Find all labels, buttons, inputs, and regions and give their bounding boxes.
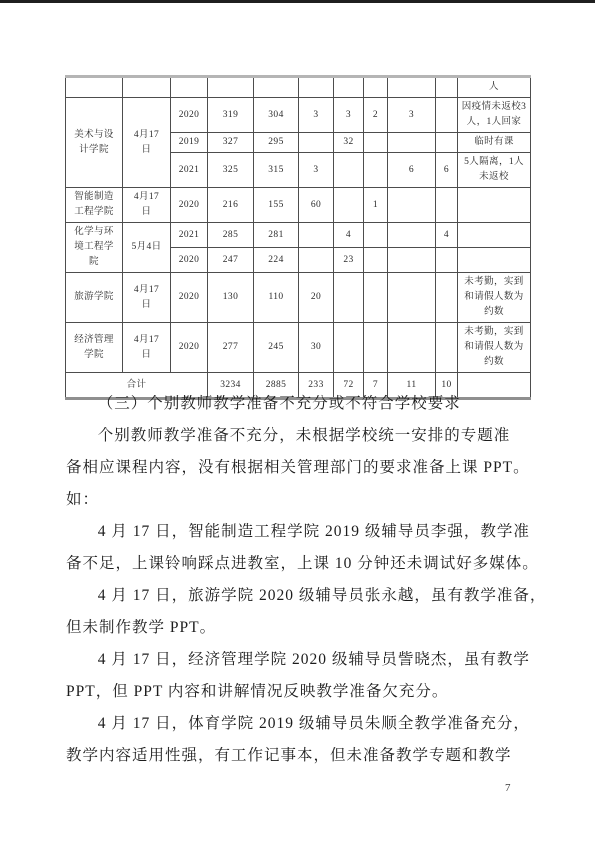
table-cell: 3 xyxy=(299,153,334,188)
table-cell: 未考勤，实到 和请假人数为 约数 xyxy=(458,273,531,323)
table-cell: 2020 xyxy=(171,188,208,223)
table-cell: 2020 xyxy=(171,248,208,273)
table-cell xyxy=(436,273,458,323)
table-cell: 224 xyxy=(254,248,299,273)
text-line: 4 月 17 日，旅游学院 2020 级辅导员张永越，虽有教学准备， xyxy=(66,580,515,612)
text-line: PPT，但 PPT 内容和讲解情况反映教学准备欠充分。 xyxy=(66,676,515,708)
text-line: 教学内容适用性强，有工作记事本，但未准备教学专题和教学 xyxy=(66,740,515,772)
table-cell: 245 xyxy=(254,323,299,373)
table-cell: 临时有课 xyxy=(458,133,531,153)
table-cell: 23 xyxy=(334,248,364,273)
table-cell: 2019 xyxy=(171,133,208,153)
table-cell xyxy=(388,188,436,223)
table-cell: 110 xyxy=(254,273,299,323)
text-line: 备相应课程内容，没有根据相关管理部门的要求准备上课 PPT。 xyxy=(66,452,515,484)
table-cell: 32 xyxy=(334,133,364,153)
table-cell: 4 xyxy=(436,223,458,248)
table-cell: 325 xyxy=(208,153,254,188)
table-cell xyxy=(436,133,458,153)
table-cell: 130 xyxy=(208,273,254,323)
text-line: 个别教师教学准备不充分，未根据学校统一安排的专题准 xyxy=(66,420,515,452)
table-cell xyxy=(364,153,388,188)
table-cell: 60 xyxy=(299,188,334,223)
table-cell: 4月17 日 xyxy=(123,273,171,323)
paragraph: 4 月 17 日，旅游学院 2020 级辅导员张永越，虽有教学准备，但未制作教学… xyxy=(66,580,515,644)
table-cell: 2020 xyxy=(171,273,208,323)
table-cell: 304 xyxy=(254,98,299,133)
table-row: 人 xyxy=(66,77,531,98)
table-cell xyxy=(436,323,458,373)
text-line: 4 月 17 日，体育学院 2019 级辅导员朱顺全教学准备充分， xyxy=(66,708,515,740)
table-cell: 2021 xyxy=(171,223,208,248)
table-cell xyxy=(334,153,364,188)
table-cell: 5月4日 xyxy=(123,223,171,273)
page-number: 7 xyxy=(505,782,511,794)
document-body: （三）个别教师教学准备不充分或不符合学校要求 个别教师教学准备不充分，未根据学校… xyxy=(66,388,515,772)
paragraph: 4 月 17 日，智能制造工程学院 2019 级辅导员李强，教学准备不足，上课铃… xyxy=(66,516,515,580)
table-cell: 2 xyxy=(364,98,388,133)
table-row: 美术与设 计学院4月17 日20203193043323因疫情未返校3 人，1人… xyxy=(66,98,531,133)
table-cell xyxy=(66,77,123,98)
paragraph: 个别教师教学准备不充分，未根据学校统一安排的专题准备相应课程内容，没有根据相关管… xyxy=(66,420,515,516)
table-cell: 216 xyxy=(208,188,254,223)
paragraph: 4 月 17 日，经济管理学院 2020 级辅导员訾晓杰，虽有教学PPT，但 P… xyxy=(66,644,515,708)
table-cell: 319 xyxy=(208,98,254,133)
table-cell xyxy=(334,323,364,373)
page-top-edge-line xyxy=(0,0,595,3)
table-cell: 2020 xyxy=(171,323,208,373)
text-line: 4 月 17 日，智能制造工程学院 2019 级辅导员李强，教学准 xyxy=(66,516,515,548)
table-cell xyxy=(364,273,388,323)
table-cell xyxy=(364,133,388,153)
table-cell: 6 xyxy=(436,153,458,188)
table-cell xyxy=(254,77,299,98)
table-cell: 5人隔离，1人 未返校 xyxy=(458,153,531,188)
table-cell: 247 xyxy=(208,248,254,273)
table-cell: 295 xyxy=(254,133,299,153)
table-cell xyxy=(388,273,436,323)
table-cell xyxy=(388,133,436,153)
table-cell: 3 xyxy=(299,98,334,133)
table-cell: 旅游学院 xyxy=(66,273,123,323)
table-cell: 因疫情未返校3 人，1人回家 xyxy=(458,98,531,133)
table-cell: 经济管理 学院 xyxy=(66,323,123,373)
table-cell xyxy=(299,223,334,248)
table-cell: 2021 xyxy=(171,153,208,188)
table-cell: 未考勤，实到 和请假人数为 约数 xyxy=(458,323,531,373)
paragraph: 4 月 17 日，体育学院 2019 级辅导员朱顺全教学准备充分，教学内容适用性… xyxy=(66,708,515,772)
table-cell xyxy=(171,77,208,98)
table-cell: 315 xyxy=(254,153,299,188)
table-cell: 1 xyxy=(364,188,388,223)
section-heading: （三）个别教师教学准备不充分或不符合学校要求 xyxy=(66,388,515,420)
table-cell: 327 xyxy=(208,133,254,153)
table-cell: 化学与环 境工程学 院 xyxy=(66,223,123,273)
table-cell xyxy=(208,77,254,98)
table-cell xyxy=(364,323,388,373)
table-row: 化学与环 境工程学 院5月4日202128528144 xyxy=(66,223,531,248)
attendance-table-body: 人美术与设 计学院4月17 日20203193043323因疫情未返校3 人，1… xyxy=(66,77,531,399)
table-cell: 人 xyxy=(458,77,531,98)
table-cell xyxy=(299,133,334,153)
table-cell: 285 xyxy=(208,223,254,248)
table-cell xyxy=(388,323,436,373)
table-cell xyxy=(364,77,388,98)
table-cell xyxy=(458,188,531,223)
table-cell xyxy=(334,77,364,98)
table-cell: 4 xyxy=(334,223,364,248)
table-cell: 20 xyxy=(299,273,334,323)
table-cell: 智能制造 工程学院 xyxy=(66,188,123,223)
table-cell xyxy=(299,248,334,273)
text-line: 但未制作教学 PPT。 xyxy=(66,612,515,644)
table-cell: 3 xyxy=(388,98,436,133)
table-cell: 30 xyxy=(299,323,334,373)
table-row: 旅游学院4月17 日202013011020未考勤，实到 和请假人数为 约数 xyxy=(66,273,531,323)
table-cell xyxy=(436,98,458,133)
table-cell: 281 xyxy=(254,223,299,248)
table-cell: 4月17 日 xyxy=(123,323,171,373)
table-cell: 3 xyxy=(334,98,364,133)
table-cell xyxy=(436,77,458,98)
text-line: 如： xyxy=(66,484,515,516)
table-row: 经济管理 学院4月17 日202027724530未考勤，实到 和请假人数为 约… xyxy=(66,323,531,373)
table-cell xyxy=(334,188,364,223)
table-cell: 美术与设 计学院 xyxy=(66,98,123,188)
table-cell: 2020 xyxy=(171,98,208,133)
table-cell xyxy=(458,223,531,248)
table-cell xyxy=(436,248,458,273)
table-cell: 277 xyxy=(208,323,254,373)
table-cell: 155 xyxy=(254,188,299,223)
paragraph-list: 个别教师教学准备不充分，未根据学校统一安排的专题准备相应课程内容，没有根据相关管… xyxy=(66,420,515,772)
table-cell xyxy=(388,248,436,273)
table-cell: 4月17 日 xyxy=(123,98,171,188)
table-cell xyxy=(436,188,458,223)
table-cell xyxy=(364,223,388,248)
table-cell xyxy=(388,77,436,98)
text-line: 4 月 17 日，经济管理学院 2020 级辅导员訾晓杰，虽有教学 xyxy=(66,644,515,676)
document-page: 人美术与设 计学院4月17 日20203193043323因疫情未返校3 人，1… xyxy=(0,0,595,841)
table-cell xyxy=(334,273,364,323)
attendance-table: 人美术与设 计学院4月17 日20203193043323因疫情未返校3 人，1… xyxy=(65,75,531,400)
table-cell xyxy=(123,77,171,98)
text-line: 备不足，上课铃响踩点进教室，上课 10 分钟还未调试好多媒体。 xyxy=(66,548,515,580)
table-cell: 6 xyxy=(388,153,436,188)
table-cell xyxy=(299,77,334,98)
table-cell xyxy=(364,248,388,273)
table-cell: 4月17 日 xyxy=(123,188,171,223)
table-row: 智能制造 工程学院4月17 日2020216155601 xyxy=(66,188,531,223)
table-cell xyxy=(388,223,436,248)
table-cell xyxy=(458,248,531,273)
